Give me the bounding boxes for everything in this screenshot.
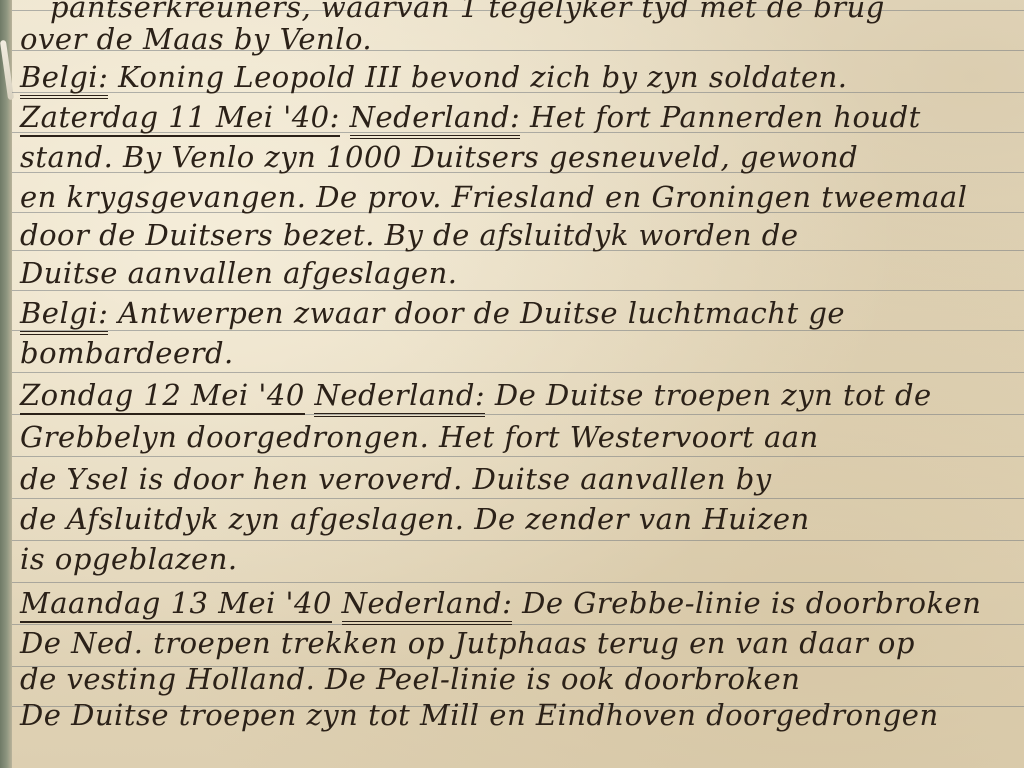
- date-heading-maandag: Maandag 13 Mei '40: [20, 586, 332, 623]
- country-heading-nederland: Nederland:: [342, 586, 513, 625]
- text-line-5: stand. By Venlo zyn 1000 Duitsers gesneu…: [20, 140, 858, 174]
- country-heading-belgie: Belgi:: [20, 60, 108, 99]
- country-heading-nederland: Nederland:: [350, 100, 521, 139]
- ruled-line: [12, 290, 1024, 291]
- text-line-2: over de Maas by Venlo.: [20, 22, 372, 56]
- ruled-line: [12, 372, 1024, 373]
- text-line-19: De Duitse troepen zyn tot Mill en Eindho…: [20, 698, 939, 732]
- text-line-15: is opgeblazen.: [20, 542, 238, 576]
- text-line-8: Duitse aanvallen afgeslagen.: [20, 256, 457, 290]
- ruled-line: [12, 624, 1024, 625]
- text-line-17: De Ned. troepen trekken op Jutphaas teru…: [20, 626, 915, 660]
- ruled-line: [12, 456, 1024, 457]
- text-line-4: Zaterdag 11 Mei '40: Nederland: Het fort…: [20, 100, 921, 134]
- text-line-18: de vesting Holland. De Peel-linie is ook…: [20, 662, 800, 696]
- text-line-11: Zondag 12 Mei '40 Nederland: De Duitse t…: [20, 378, 932, 412]
- text-line-13: de Ysel is door hen veroverd. Duitse aan…: [20, 462, 772, 496]
- date-heading-zaterdag: Zaterdag 11 Mei '40:: [20, 100, 340, 137]
- diary-page: pantserkreuners, waarvan 1 tegelyker tyd…: [0, 0, 1024, 768]
- ruled-line: [12, 540, 1024, 541]
- text-line-6: en krygsgevangen. De prov. Friesland en …: [20, 180, 967, 214]
- text-line-3: Belgi: Koning Leopold III bevond zich by…: [20, 60, 848, 94]
- book-binding: [0, 0, 12, 768]
- country-heading-nederland: Nederland:: [314, 378, 485, 417]
- text-line-1: pantserkreuners, waarvan 1 tegelyker tyd…: [50, 0, 885, 24]
- date-heading-zondag: Zondag 12 Mei '40: [20, 378, 305, 415]
- text-line-12: Grebbelyn doorgedrongen. Het fort Wester…: [20, 420, 819, 454]
- ruled-line: [12, 330, 1024, 331]
- text-line-10: bombardeerd.: [20, 336, 234, 370]
- ruled-line: [12, 498, 1024, 499]
- ruled-line: [12, 582, 1024, 583]
- text-line-14: de Afsluitdyk zyn afgeslagen. De zender …: [20, 502, 810, 536]
- text-line-16: Maandag 13 Mei '40 Nederland: De Grebbe-…: [20, 586, 981, 620]
- country-heading-belgie: Belgi:: [20, 296, 108, 335]
- text-line-7: door de Duitsers bezet. By de afsluitdyk…: [20, 218, 799, 252]
- text-line-9: Belgi: Antwerpen zwaar door de Duitse lu…: [20, 296, 845, 330]
